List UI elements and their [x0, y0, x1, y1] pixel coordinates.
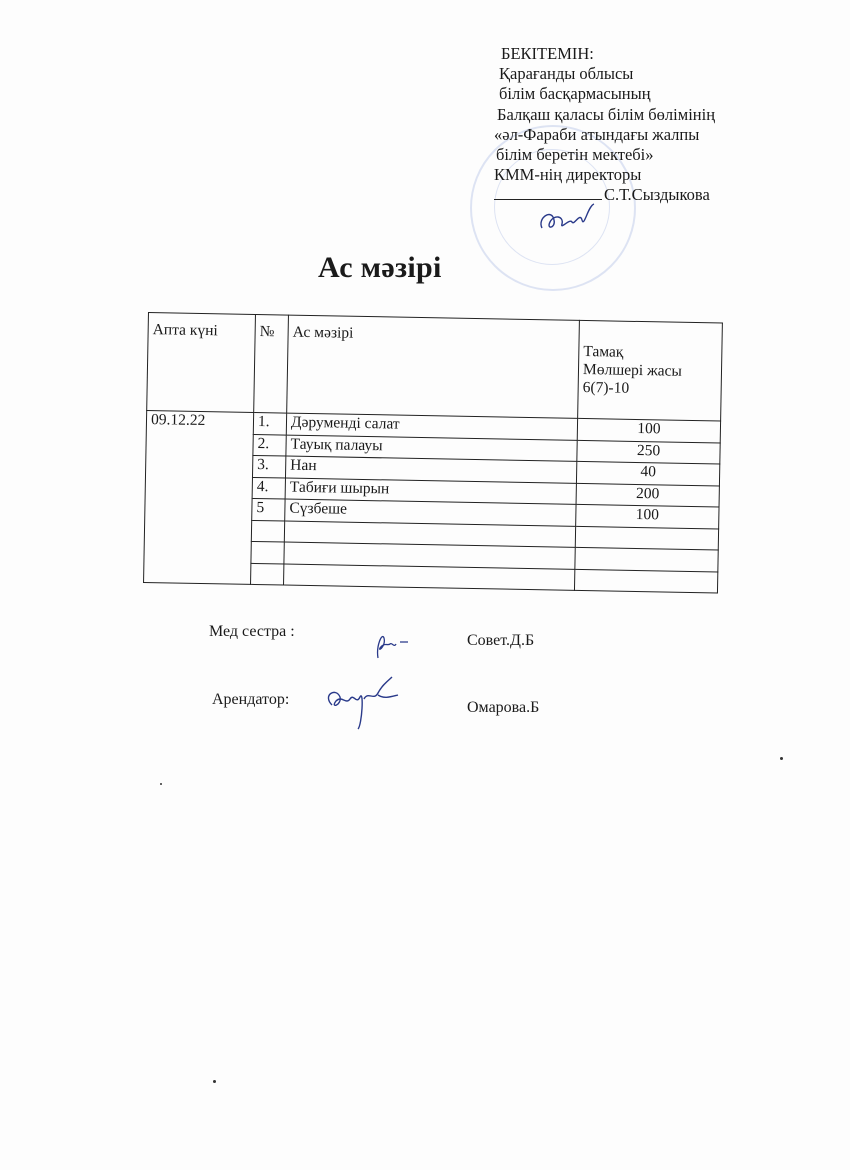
menu-table-wrapper: Апта күні № Ас мәзірі Тамақ Мөлшері жасы…: [143, 312, 723, 593]
tenant-signature-icon: [318, 675, 408, 735]
row-number: 2.: [253, 434, 286, 456]
nurse-signature-icon: [370, 628, 410, 664]
header-menu: Ас мәзірі: [287, 315, 580, 418]
scan-speck: [160, 783, 162, 785]
approval-line: білім басқармасының: [499, 84, 715, 104]
menu-table: Апта күні № Ас мәзірі Тамақ Мөлшері жасы…: [143, 312, 723, 593]
approval-line: Қарағанды облысы: [499, 64, 715, 84]
row-amount: 250: [577, 440, 720, 464]
header-day: Апта күні: [147, 313, 256, 413]
approval-line: білім беретін мектебі»: [496, 145, 715, 165]
director-signature-icon: [532, 198, 602, 238]
nurse-label: Мед сестра :: [209, 623, 295, 641]
row-amount: 100: [576, 504, 719, 528]
scan-speck: [780, 757, 783, 760]
row-number: 1.: [253, 412, 286, 434]
row-amount: [575, 547, 718, 571]
row-number: 5: [252, 498, 285, 520]
row-number: [251, 563, 284, 585]
approval-line: Балқаш қаласы білім бөлімінің: [497, 105, 715, 125]
row-amount: 200: [576, 483, 719, 507]
approval-line: «әл-Фараби атындағы жалпы: [494, 125, 715, 145]
row-amount: [575, 526, 718, 550]
table-header-row: Апта күні № Ас мәзірі Тамақ Мөлшері жасы…: [147, 313, 723, 422]
row-number: [251, 520, 284, 542]
approval-line: КММ-нің директоры: [494, 165, 715, 185]
page-title: Ас мәзірі: [318, 251, 442, 285]
approval-line: БЕКІТЕМІН:: [501, 44, 715, 64]
nurse-name: Совет.Д.Б: [467, 632, 534, 650]
row-dish: [284, 564, 575, 591]
date-cell: 09.12.22: [144, 410, 254, 584]
tenant-label: Арендатор:: [212, 691, 289, 709]
row-amount: [574, 569, 717, 593]
scan-speck: [213, 1080, 216, 1083]
director-signature-line: С.Т.Сыздыкова: [494, 185, 715, 205]
director-name: С.Т.Сыздыкова: [604, 185, 710, 204]
row-amount: 100: [577, 418, 720, 442]
row-number: 3.: [252, 455, 285, 477]
header-number: №: [254, 314, 289, 413]
approval-block: БЕКІТЕМІН: Қарағанды облысы білім басқар…: [494, 44, 715, 206]
row-number: [251, 541, 284, 563]
header-amount: Тамақ Мөлшері жасы 6(7)-10: [578, 320, 723, 421]
row-amount: 40: [576, 461, 719, 485]
row-number: 4.: [252, 477, 285, 499]
tenant-name: Омарова.Б: [467, 699, 539, 717]
